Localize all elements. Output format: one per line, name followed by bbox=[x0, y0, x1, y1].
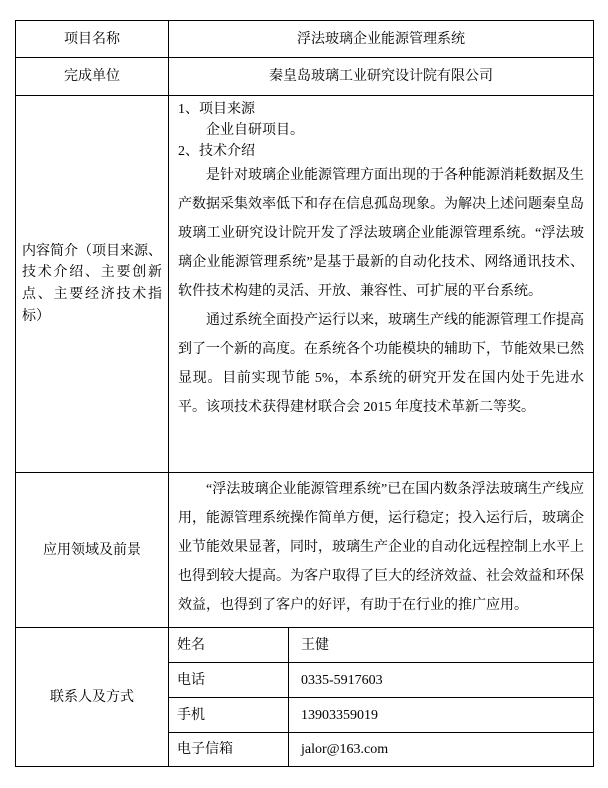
summary-item1-body: 企业自研项目。 bbox=[178, 120, 584, 141]
contact-phone-value: 0335-5917603 bbox=[289, 663, 594, 698]
contact-name-label: 姓名 bbox=[169, 628, 289, 663]
contact-label: 联系人及方式 bbox=[16, 628, 169, 767]
summary-content-cell: 1、项目来源 企业自研项目。 2、技术介绍 是针对玻璃企业能源管理方面出现的于各… bbox=[169, 96, 594, 473]
contact-email-value: jalor@163.com bbox=[289, 733, 594, 767]
contact-mobile-label: 手机 bbox=[169, 698, 289, 733]
project-name-value: 浮法玻璃企业能源管理系统 bbox=[169, 21, 594, 58]
application-content-cell: “浮法玻璃企业能源管理系统”已在国内数条浮法玻璃生产线应用，能源管理系统操作简单… bbox=[169, 473, 594, 628]
summary-item2-title: 2、技术介绍 bbox=[178, 141, 584, 162]
summary-label: 内容简介（项目来源、技术介绍、主要创新点、主要经济技术指标） bbox=[16, 96, 169, 473]
project-info-table: 项目名称 浮法玻璃企业能源管理系统 完成单位 秦皇岛玻璃工业研究设计院有限公司 … bbox=[15, 20, 594, 767]
summary-paragraph-2: 通过系统全面投产运行以来，玻璃生产线的能源管理工作提高到了一个新的高度。在系统各… bbox=[178, 307, 584, 423]
contact-mobile-value: 13903359019 bbox=[289, 698, 594, 733]
application-paragraph: “浮法玻璃企业能源管理系统”已在国内数条浮法玻璃生产线应用，能源管理系统操作简单… bbox=[178, 476, 584, 621]
contact-phone-label: 电话 bbox=[169, 663, 289, 698]
completing-unit-label: 完成单位 bbox=[16, 58, 169, 96]
completing-unit-row: 完成单位 秦皇岛玻璃工业研究设计院有限公司 bbox=[16, 58, 594, 96]
contact-email-label: 电子信箱 bbox=[169, 733, 289, 767]
contact-row-name: 联系人及方式 姓名 王健 bbox=[16, 628, 594, 663]
completing-unit-value: 秦皇岛玻璃工业研究设计院有限公司 bbox=[169, 58, 594, 96]
contact-name-value: 王健 bbox=[289, 628, 594, 663]
project-name-label: 项目名称 bbox=[16, 21, 169, 58]
application-row: 应用领域及前景 “浮法玻璃企业能源管理系统”已在国内数条浮法玻璃生产线应用，能源… bbox=[16, 473, 594, 628]
application-label: 应用领域及前景 bbox=[16, 473, 169, 628]
project-name-row: 项目名称 浮法玻璃企业能源管理系统 bbox=[16, 21, 594, 58]
summary-paragraph-1: 是针对玻璃企业能源管理方面出现的于各种能源消耗数据及生产数据采集效率低下和存在信… bbox=[178, 162, 584, 307]
summary-item1-title: 1、项目来源 bbox=[178, 99, 584, 120]
summary-row: 内容简介（项目来源、技术介绍、主要创新点、主要经济技术指标） 1、项目来源 企业… bbox=[16, 96, 594, 473]
